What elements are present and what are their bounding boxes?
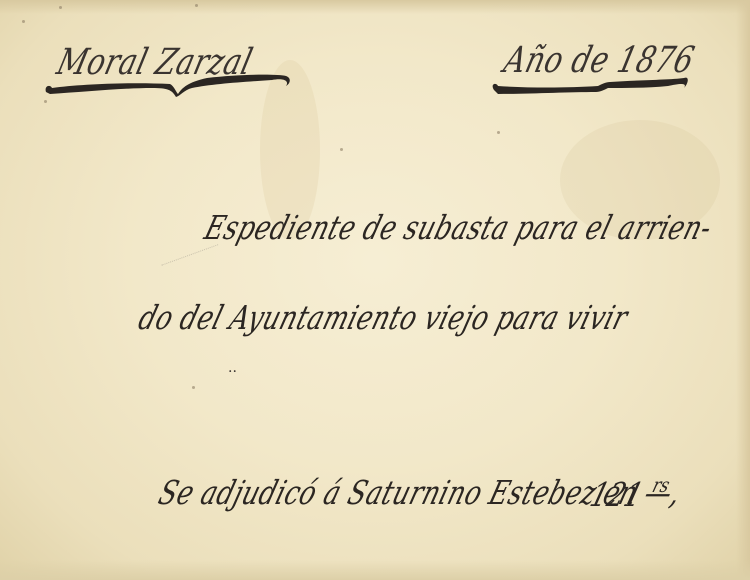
body-line-1: Espediente de subasta para el arrien-	[200, 208, 716, 247]
flourish-underline-icon	[488, 70, 693, 100]
body-line-2: do del Ayuntamiento viejo para vivir	[134, 298, 632, 337]
ink-speck	[59, 6, 62, 9]
ink-speck	[340, 148, 343, 151]
ink-speck	[497, 131, 500, 134]
amount-number: 121	[586, 475, 648, 514]
document-page: Moral Zarzal Año de 1876 faint pencil ma…	[0, 0, 750, 580]
ink-speck	[22, 20, 25, 23]
paper-edge-shadow-right	[736, 0, 750, 580]
ink-dots: ..	[228, 360, 237, 376]
paper-edge-shadow-top	[0, 0, 750, 14]
paper-edge-shadow-bottom	[0, 560, 750, 580]
ink-speck	[44, 100, 47, 103]
ink-speck	[192, 386, 195, 389]
amount-value: 121 rs	[586, 473, 672, 514]
ink-speck	[195, 4, 198, 7]
flourish-underline-icon	[42, 70, 297, 100]
